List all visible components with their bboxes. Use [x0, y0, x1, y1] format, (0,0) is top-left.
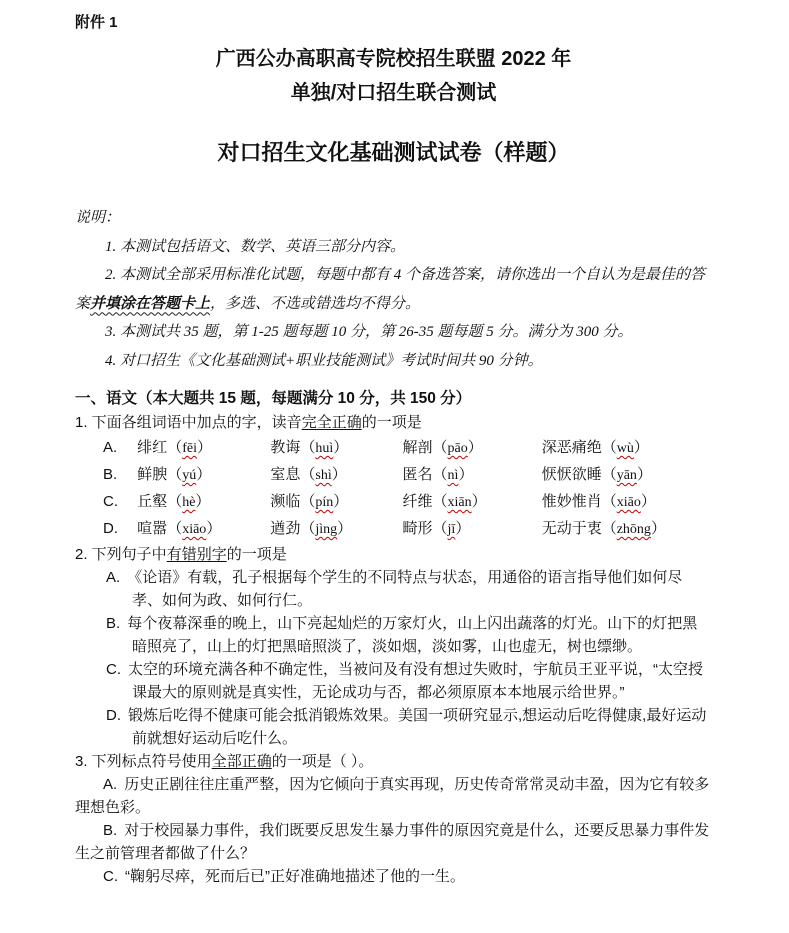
word: 教诲 — [270, 439, 300, 456]
paren: （ — [300, 520, 315, 537]
word-pinyin-item: 纤维（xiān） — [403, 489, 538, 516]
word-pinyin-item: 无动于衷（zhōng） — [542, 516, 666, 543]
word-pinyin-item: 室息（shì） — [270, 462, 398, 489]
league-title-line1: 广西公办高职高专院校招生联盟 2022 年 — [75, 42, 712, 76]
word-pinyin-item: 深恶痛绝（wù） — [542, 435, 649, 462]
pinyin: shì — [315, 468, 331, 483]
pinyin: yān — [617, 468, 637, 483]
q2-stem-prefix: 2. 下列句子中 — [75, 546, 167, 563]
paren: ） — [641, 493, 656, 510]
paren: ） — [458, 466, 473, 483]
word: 畸形 — [403, 520, 433, 537]
word: 室息 — [270, 466, 300, 483]
instruction-item-3: 3. 本测试共 35 题，第 1-25 题每题 10 分，第 26-35 题每题… — [75, 318, 712, 347]
paren: ） — [197, 439, 212, 456]
q1-option-row-c: C. 丘壑（hè） 濒临（pín） 纤维（xiān） 惟妙惟肖（xiāo） — [75, 489, 712, 516]
word-pinyin-item: 喧嚣（xiāo） — [137, 516, 266, 543]
pinyin: yú — [182, 468, 196, 483]
paper-title: 对口招生文化基础测试试卷（样题） — [75, 136, 712, 170]
instructions-block: 说明： 1. 本测试包括语文、数学、英语三部分内容。 2. 本测试全部采用标准化… — [75, 204, 712, 375]
attachment-label: 附件 1 — [75, 12, 712, 34]
question-1: 1. 下面各组词语中加点的字，读音完全正确的一项是 A. 绯红（fēi） 教诲（… — [75, 411, 712, 543]
paren: （ — [433, 520, 448, 537]
word-pinyin-item: 教诲（huì） — [270, 435, 398, 462]
instruction-item-1: 1. 本测试包括语文、数学、英语三部分内容。 — [75, 233, 712, 262]
q3-option-b: B.对于校园暴力事件，我们既要反思发生暴力事件的原因究竟是什么，还要反思暴力事件… — [75, 819, 712, 865]
option-text: 历史正剧往往庄重严整，因为它倾向于真实再现，历史传奇常常灵动丰盈，因为它有较多理… — [75, 776, 709, 816]
pinyin: pāo — [448, 441, 468, 456]
option-label: B. — [103, 822, 117, 839]
q3-stem-suffix: 的一项是（ ）。 — [272, 753, 374, 770]
question-2-stem: 2. 下列句子中有错别字的一项是 — [75, 543, 712, 566]
paren: ） — [333, 439, 348, 456]
word-pinyin-item: 恹恹欲睡（yān） — [542, 462, 652, 489]
word: 解剖 — [403, 439, 433, 456]
paren: （ — [300, 439, 315, 456]
option-label: A. — [103, 776, 117, 793]
option-label: A. — [103, 435, 133, 461]
word-pinyin-item: 丘壑（hè） — [137, 489, 266, 516]
paren: （ — [602, 466, 617, 483]
pinyin: jìng — [315, 522, 337, 537]
option-label: B. — [106, 615, 120, 632]
option-label: C. — [103, 868, 118, 885]
paren: ） — [468, 439, 483, 456]
q3-option-a: A.历史正剧往往庄重严整，因为它倾向于真实再现，历史传奇常常灵动丰盈，因为它有较… — [75, 773, 712, 819]
pinyin: xiāo — [182, 522, 206, 537]
paren: （ — [433, 493, 448, 510]
word-pinyin-item: 遒劲（jìng） — [270, 516, 398, 543]
pinyin: hè — [182, 495, 195, 510]
q3-option-c: C.“鞠躬尽瘁，死而后已”正好准确地描述了他的一生。 — [75, 865, 712, 888]
paren: ） — [195, 493, 210, 510]
paren: （ — [602, 439, 617, 456]
option-label: C. — [103, 489, 133, 515]
paren: （ — [433, 439, 448, 456]
option-text: 《论语》有载，孔子根据每个学生的不同特点与状态，用通俗的语言指导他们如何尽孝、如… — [127, 569, 682, 609]
paren: ） — [337, 520, 352, 537]
paren: （ — [300, 466, 315, 483]
word-pinyin-item: 惟妙惟肖（xiāo） — [542, 489, 656, 516]
word-pinyin-item: 鲜腴（yú） — [137, 462, 266, 489]
paren: （ — [300, 493, 315, 510]
q3-stem-underlined: 全部正确 — [212, 753, 272, 770]
paren: （ — [602, 493, 617, 510]
paren: ） — [637, 466, 652, 483]
q2-stem-suffix: 的一项是 — [227, 546, 287, 563]
option-label: A. — [106, 569, 120, 586]
word: 无动于衷 — [542, 520, 602, 537]
word: 纤维 — [403, 493, 433, 510]
paren: ） — [472, 493, 487, 510]
league-title-line2: 单独/对口招生联合测试 — [75, 76, 712, 110]
option-text: “鞠躬尽瘁，死而后已”正好准确地描述了他的一生。 — [125, 868, 465, 885]
word: 恹恹欲睡 — [542, 466, 602, 483]
word: 濒临 — [270, 493, 300, 510]
paren: （ — [167, 493, 182, 510]
word: 绯红 — [137, 439, 167, 456]
pinyin: zhōng — [617, 522, 651, 537]
pinyin: huì — [315, 441, 333, 456]
pinyin: pín — [315, 495, 333, 510]
option-text: 锻炼后吃得不健康可能会抵消锻炼效果。美国一项研究显示,想运动后吃得健康,最好运动… — [128, 707, 706, 747]
q1-option-row-b: B. 鲜腴（yú） 室息（shì） 匿名（nì） 恹恹欲睡（yān） — [75, 462, 712, 489]
instruction-item-4: 4. 对口招生《文化基础测试+职业技能测试》考试时间共 90 分钟。 — [75, 347, 712, 376]
q2-option-d: D.锻炼后吃得不健康可能会抵消锻炼效果。美国一项研究显示,想运动后吃得健康,最好… — [75, 704, 712, 750]
q1-stem-prefix: 1. 下面各组词语中加点的字，读音 — [75, 414, 302, 431]
paren: （ — [602, 520, 617, 537]
instruction-item-2-suffix: ，多选、不选或错选均不得分。 — [210, 296, 420, 312]
paren: ） — [651, 520, 666, 537]
instruction-item-2: 2. 本测试全部采用标准化试题，每题中都有 4 个备选答案，请你选出一个自认为是… — [75, 261, 712, 318]
word: 遒劲 — [270, 520, 300, 537]
q1-option-row-a: A. 绯红（fēi） 教诲（huì） 解剖（pāo） 深恶痛绝（wù） — [75, 435, 712, 462]
option-text: 太空的环境充满各种不确定性，当被问及有没有想过失败时，宇航员王亚平说，“太空授课… — [128, 661, 703, 701]
option-label: D. — [103, 516, 133, 542]
question-2: 2. 下列句子中有错别字的一项是 A.《论语》有载，孔子根据每个学生的不同特点与… — [75, 543, 712, 750]
option-label: D. — [106, 707, 121, 724]
pinyin: fēi — [182, 441, 197, 456]
q3-stem-prefix: 3. 下列标点符号使用 — [75, 753, 212, 770]
q2-option-c: C.太空的环境充满各种不确定性，当被问及有没有想过失败时，宇航员王亚平说，“太空… — [75, 658, 712, 704]
pinyin: xiān — [448, 495, 472, 510]
question-3-stem: 3. 下列标点符号使用全部正确的一项是（ ）。 — [75, 750, 712, 773]
q2-option-b: B.每个夜幕深垂的晚上，山下亮起灿烂的万家灯火，山上闪出蔬落的灯光。山下的灯把黑… — [75, 612, 712, 658]
paren: ） — [332, 466, 347, 483]
paren: ） — [196, 466, 211, 483]
paren: ） — [455, 520, 470, 537]
paren: （ — [167, 439, 182, 456]
fill-answer-card-emphasis: 并填涂在答题卡上 — [90, 296, 210, 312]
paren: （ — [167, 520, 182, 537]
paren: ） — [333, 493, 348, 510]
pinyin: wù — [617, 441, 634, 456]
instructions-heading: 说明： — [75, 204, 712, 233]
word: 惟妙惟肖 — [542, 493, 602, 510]
q1-stem-suffix: 的一项是 — [362, 414, 422, 431]
word: 喧嚣 — [137, 520, 167, 537]
option-label: C. — [106, 661, 121, 678]
pinyin: nì — [448, 468, 459, 483]
q2-stem-underlined: 有错别字 — [167, 546, 227, 563]
option-text: 每个夜幕深垂的晚上，山下亮起灿烂的万家灯火，山上闪出蔬落的灯光。山下的灯把黑暗照… — [127, 615, 697, 655]
word-pinyin-item: 绯红（fēi） — [137, 435, 266, 462]
q1-option-row-d: D. 喧嚣（xiāo） 遒劲（jìng） 畸形（jī） 无动于衷（zhōng） — [75, 516, 712, 543]
section-heading-chinese: 一、语文（本大题共 15 题，每题满分 10 分，共 150 分） — [75, 387, 712, 411]
word-pinyin-item: 解剖（pāo） — [403, 435, 538, 462]
paren: ） — [206, 520, 221, 537]
word-pinyin-item: 匿名（nì） — [403, 462, 538, 489]
paren: ） — [634, 439, 649, 456]
word: 匿名 — [403, 466, 433, 483]
exam-paper-page: 附件 1 广西公办高职高专院校招生联盟 2022 年 单独/对口招生联合测试 对… — [0, 0, 789, 888]
word-pinyin-item: 畸形（jī） — [403, 516, 538, 543]
paren: （ — [167, 466, 182, 483]
word: 深恶痛绝 — [542, 439, 602, 456]
option-label: B. — [103, 462, 133, 488]
question-1-stem: 1. 下面各组词语中加点的字，读音完全正确的一项是 — [75, 411, 712, 435]
word: 丘壑 — [137, 493, 167, 510]
q2-option-a: A.《论语》有载，孔子根据每个学生的不同特点与状态，用通俗的语言指导他们如何尽孝… — [75, 566, 712, 612]
word: 鲜腴 — [137, 466, 167, 483]
question-3: 3. 下列标点符号使用全部正确的一项是（ ）。 A.历史正剧往往庄重严整，因为它… — [75, 750, 712, 888]
q1-stem-underlined: 完全正确 — [302, 414, 362, 431]
option-text: 对于校园暴力事件，我们既要反思发生暴力事件的原因究竟是什么，还要反思暴力事件发生… — [75, 822, 709, 862]
word-pinyin-item: 濒临（pín） — [270, 489, 398, 516]
paren: （ — [433, 466, 448, 483]
pinyin: xiāo — [617, 495, 641, 510]
